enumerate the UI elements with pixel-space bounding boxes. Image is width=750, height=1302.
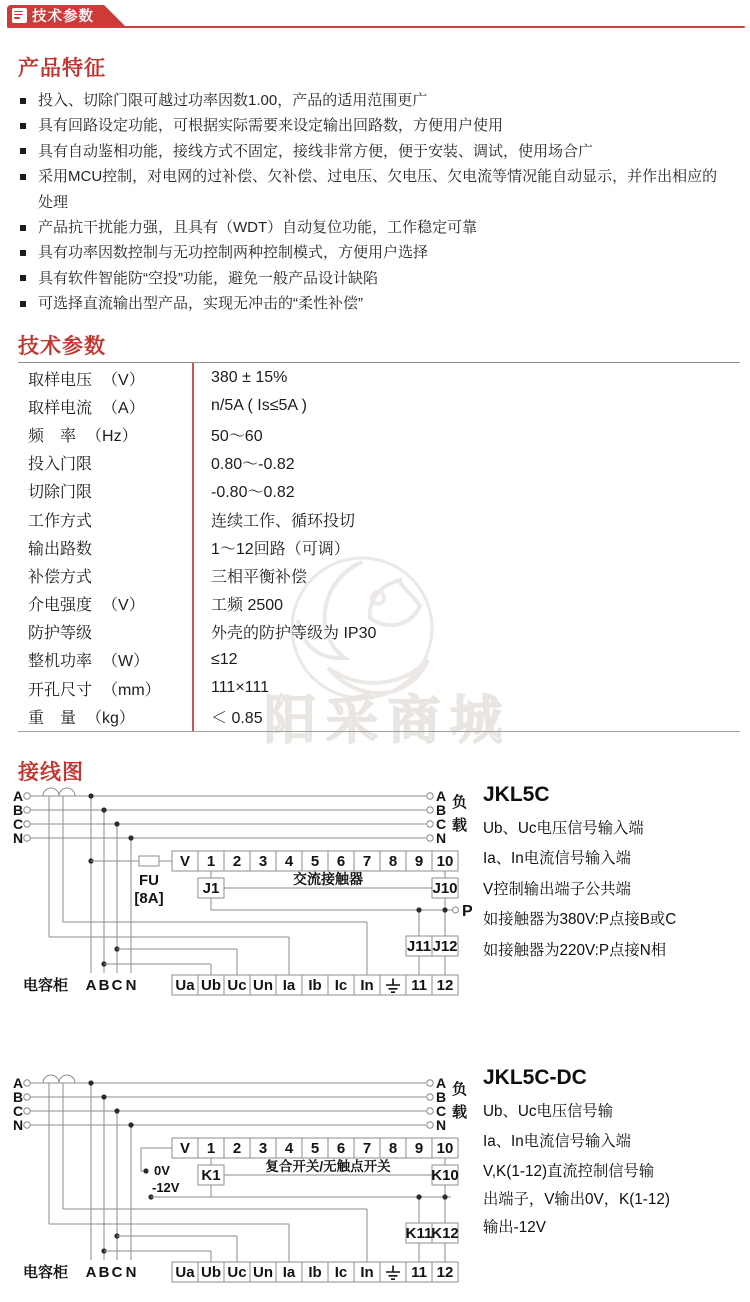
cabinet-phase: A (86, 977, 97, 994)
fuse: FU [8A] (88, 856, 172, 907)
spec-row: 重 量（kg）＜ 0.85 (18, 702, 740, 730)
contactor-last-label: J10 (432, 880, 457, 897)
aux-relay-label: J11 (407, 938, 431, 955)
v-out-label: 0V (154, 1163, 170, 1178)
feature-item: 具有回路设定功能，可根据实际需要来设定输出回路数，方便用户使用 (20, 113, 720, 138)
contactor-row-label: 交流接触器 (293, 871, 363, 887)
spec-row: 整机功率（W）≤12 (18, 646, 740, 674)
terminal-label: 2 (233, 1140, 241, 1157)
table-top-border (18, 362, 740, 363)
terminal-label: 8 (389, 1140, 397, 1157)
terminal-label: 10 (437, 1140, 454, 1157)
terminal-label: 5 (311, 853, 319, 870)
phase-drops (88, 1080, 133, 1260)
spec-row: 介电强度（V）工频 2500 (18, 590, 740, 618)
terminal-strip-top: V 1 2 3 4 5 6 7 8 9 10 (172, 851, 458, 871)
note-line: Ia、In电流信号输入端 (483, 844, 749, 874)
spec-row: 防护等级外壳的防护等级为 IP30 (18, 618, 740, 646)
terminal-label: Ia (283, 1264, 296, 1281)
switch-last-label: K10 (431, 1167, 459, 1184)
spec-row: 开孔尺寸（mm）111×111 (18, 674, 740, 702)
p-terminal-label: P (462, 903, 473, 920)
switch-first-label: K1 (201, 1167, 220, 1184)
table-bottom-border (18, 731, 740, 732)
terminal-label: Ib (308, 1264, 321, 1281)
cabinet-phase: N (126, 977, 137, 994)
spec-row: 输出路数1～12回路（可调） (18, 533, 740, 561)
terminal-strip-bottom: Ua Ub Uc Un Ia Ib Ic In 11 12 (172, 1262, 458, 1282)
load-label: 载 (452, 817, 467, 834)
terminal-label: V (180, 1140, 190, 1157)
diagram2-notes: JKL5C-DC Ub、Uc电压信号输 Ia、In电流信号输入端 V,K(1-1… (483, 1066, 749, 1242)
cabinet-phase: N (126, 1264, 137, 1281)
diagram1-title: JKL5C (483, 783, 749, 814)
terminal-label: Un (253, 1264, 273, 1281)
terminal-label: 12 (437, 977, 454, 994)
terminal-label: 10 (437, 853, 454, 870)
signal-routing (49, 1209, 367, 1262)
terminal-label: 4 (285, 1140, 294, 1157)
terminal-label: 5 (311, 1140, 319, 1157)
bus-label: N (436, 1117, 446, 1133)
terminal-label: Uc (227, 1264, 246, 1281)
cabinet-phase: B (99, 977, 110, 994)
phase-drops (88, 793, 133, 973)
k-out-label: -12V (152, 1180, 180, 1195)
terminal-label: In (360, 977, 373, 994)
feature-item: 采用MCU控制，对电网的过补偿、欠补偿、过电压、欠电压、欠电流等情况能自动显示，… (20, 164, 720, 215)
cabinet-labels: 电容柜 A B C N (23, 1263, 136, 1281)
terminal-label: Ub (201, 977, 221, 994)
cabinet-phase: A (86, 1264, 97, 1281)
fuse-label: FU (139, 872, 159, 889)
switch-row-label: 复合开关/无触点开关 (265, 1158, 391, 1174)
wiring-diagram-jkl5c-dc: A B C N A B C N 负 载 0V -12V (5, 1072, 480, 1300)
bus-label: N (13, 830, 23, 846)
spec-row: 切除门限-0.80～0.82 (18, 477, 740, 505)
spec-row: 频 率（Hz）50～60 (18, 420, 740, 448)
spec-row: 补偿方式三相平衡补偿 (18, 561, 740, 589)
terminal-label: 12 (437, 1264, 454, 1281)
aux-switch-label: K12 (431, 1225, 459, 1242)
cabinet-label: 电容柜 (23, 1263, 68, 1281)
terminal-strip-top: V 1 2 3 4 5 6 7 8 9 10 (172, 1138, 458, 1158)
terminal-label: 7 (363, 853, 371, 870)
terminal-label: Uc (227, 977, 246, 994)
load-label: 载 (452, 1104, 467, 1121)
feature-item: 可选择直流输出型产品，实现无冲击的“柔性补偿” (20, 291, 720, 316)
diagram1-notes: JKL5C Ub、Uc电压信号输入端 Ia、In电流信号输入端 V控制输出端子公… (483, 783, 749, 966)
switch-row: K1 K10 复合开关/无触点开关 (198, 1158, 459, 1185)
terminal-label: 4 (285, 853, 294, 870)
load-label: 负 (452, 1080, 467, 1098)
terminal-label: 3 (259, 1140, 267, 1157)
terminal-label: 8 (389, 853, 397, 870)
terminal-label: In (360, 1264, 373, 1281)
bus-lines: A B C N A B C N 负 载 (13, 788, 467, 846)
terminal-label: Ia (283, 977, 296, 994)
terminal-label: Ua (175, 977, 195, 994)
cabinet-labels: 电容柜 A B C N (23, 976, 136, 994)
terminal-label: 3 (259, 853, 267, 870)
page: 技术参数 产品特征 投入、切除门限可越过功率因数1.00，产品的适用范围更广 具… (0, 0, 750, 1302)
terminal-strip-bottom: Ua Ub Uc Un Ia Ib Ic In 11 12 (172, 975, 458, 995)
note-line: V,K(1-12)直流控制信号输 (483, 1158, 749, 1186)
terminal-label: Ic (335, 977, 348, 994)
note-line: Ub、Uc电压信号输入端 (483, 814, 749, 844)
spec-row: 工作方式连续工作、循环投切 (18, 505, 740, 533)
terminal-label: 9 (415, 853, 423, 870)
spec-table: 取样电压（V）380 ± 15% 取样电流（A）n/5A ( Is≤5A ) 频… (18, 364, 740, 730)
cabinet-label: 电容柜 (23, 976, 68, 994)
cabinet-phase: C (112, 1264, 123, 1281)
diagram2-title: JKL5C-DC (483, 1066, 749, 1097)
terminal-label: 6 (337, 853, 345, 870)
terminal-label: 2 (233, 853, 241, 870)
note-line: 输出-12V (483, 1214, 749, 1242)
spec-row: 取样电流（A）n/5A ( Is≤5A ) (18, 392, 740, 420)
terminal-label: Ub (201, 1264, 221, 1281)
bus-label: N (13, 1117, 23, 1133)
note-line: Ia、In电流信号输入端 (483, 1127, 749, 1157)
note-line: 出端子，V输出0V，K(1-12) (483, 1186, 749, 1214)
contactor-first-label: J1 (203, 880, 220, 897)
aux-relay-label: J12 (432, 938, 457, 955)
header-tab: 技术参数 (7, 5, 125, 26)
terminal-label: 11 (411, 977, 427, 994)
feature-list: 投入、切除门限可越过功率因数1.00，产品的适用范围更广 具有回路设定功能，可根… (20, 88, 720, 317)
feature-item: 产品抗干扰能力强，且具有（WDT）自动复位功能，工作稳定可靠 (20, 215, 720, 240)
terminal-label: 1 (207, 1140, 215, 1157)
contactor-row: J1 J10 交流接触器 (198, 871, 458, 898)
terminal-label: 9 (415, 1140, 423, 1157)
bus-lines: A B C N A B C N 负 载 (13, 1075, 467, 1133)
cabinet-phase: C (112, 977, 123, 994)
specs-heading: 技术参数 (18, 330, 106, 360)
feature-item: 具有软件智能防“空投”功能，避免一般产品设计缺陷 (20, 266, 720, 291)
terminal-label: V (180, 853, 190, 870)
cabinet-phase: B (99, 1264, 110, 1281)
spec-row: 取样电压（V）380 ± 15% (18, 364, 740, 392)
feature-item: 具有功率因数控制与无功控制两种控制模式，方便用户选择 (20, 240, 720, 265)
load-label: 负 (452, 793, 467, 811)
terminal-label: 1 (207, 853, 215, 870)
aux-switch-label: K11 (406, 1225, 433, 1242)
terminal-label: Ic (335, 1264, 348, 1281)
feature-item: 具有自动鉴相功能，接线方式不固定，接线非常方便，便于安装、调试，使用场合广 (20, 139, 720, 164)
note-line: V控制输出端子公共端 (483, 875, 749, 905)
note-line: 如接触器为380V:P点接B或C (483, 905, 749, 935)
terminal-label: Ua (175, 1264, 195, 1281)
features-heading: 产品特征 (18, 52, 106, 82)
terminal-label: 7 (363, 1140, 371, 1157)
terminal-label: 11 (411, 1264, 427, 1281)
feature-item: 投入、切除门限可越过功率因数1.00，产品的适用范围更广 (20, 88, 720, 113)
spec-row: 投入门限0.80～-0.82 (18, 449, 740, 477)
note-line: Ub、Uc电压信号输 (483, 1097, 749, 1127)
header-title: 技术参数 (32, 5, 94, 26)
fuse-rating: [8A] (134, 890, 163, 907)
wiring-heading: 接线图 (18, 756, 84, 786)
header-underline (7, 26, 745, 28)
document-icon (12, 8, 27, 23)
bus-label: N (436, 830, 446, 846)
wiring-diagram-jkl5c: A B C N A B C N 负 载 FU [8A] (5, 785, 480, 1013)
note-line: 如接触器为220V:P点接N相 (483, 936, 749, 966)
terminal-label: Un (253, 977, 273, 994)
terminal-label: Ib (308, 977, 321, 994)
terminal-label: 6 (337, 1140, 345, 1157)
signal-routing (49, 922, 367, 975)
